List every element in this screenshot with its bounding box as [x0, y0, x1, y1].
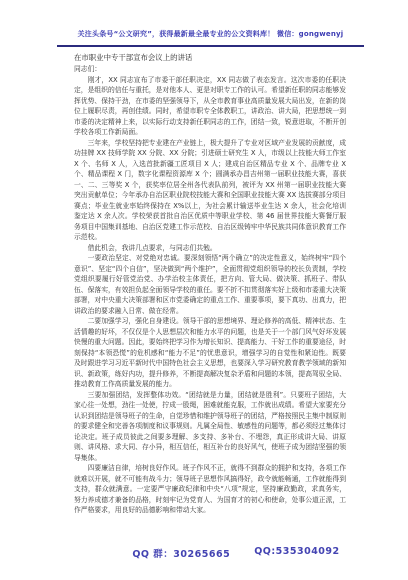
document-page: 关注头条号“公文研究”，获得最新最全最专业的公文资料库！ 微信：gongweny… [0, 0, 408, 580]
paragraph: 三年来，学校坚持把专业建在产业链上，极大提升了专业对区域产业发展的贡献度，成功挂… [74, 138, 346, 243]
paragraph: 刚才，XX 同志宣布了市委干部任职决定，XX 同志做了表态发言。这次市委的任职决… [74, 75, 346, 138]
document-body: 刚才，XX 同志宣布了市委干部任职决定，XX 同志做了表态发言。这次市委的任职决… [74, 75, 346, 516]
paragraph: 借此机会，我讲几点要求，与同志们共勉。 [74, 243, 346, 254]
qq-group-number: QQ 群：30265665 [132, 546, 230, 560]
header-rule: 关注头条号“公文研究”，获得最新最全最专业的公文资料库！ 微信：gongweny… [57, 21, 364, 47]
document-content: 在市职业中专干部宣布会议上的讲话 同志们： 刚才，XX 同志宣布了市委干部任职决… [74, 52, 346, 516]
paragraph: 二要加强学习，强化自身建设。领导干部的思想境界、理论修养的高低、精神状态、生活情… [74, 316, 346, 390]
footer: QQ 群：30265665 QQ:535304092 [64, 546, 408, 560]
salutation: 同志们： [74, 64, 346, 75]
paragraph: 一要政治坚定、对党绝对忠诚。要深刻领悟“两个确立”的决定性意义，始终树牢“四个意… [74, 253, 346, 316]
paragraph: 三要加强团结，发挥整体功效。“团结就是力量，团结就是胜利”。只要班子团结，大家心… [74, 390, 346, 464]
paragraph: 四要廉洁自律，培树良好作风。班子作风不正，就得不到群众的拥护和支持，各项工作就难… [74, 463, 346, 516]
header-notice: 关注头条号“公文研究”，获得最新最全最专业的公文资料库！ 微信：gongweny… [78, 30, 344, 38]
qq-number: QQ:535304092 [254, 546, 339, 560]
document-title: 在市职业中专干部宣布会议上的讲话 [74, 52, 346, 63]
